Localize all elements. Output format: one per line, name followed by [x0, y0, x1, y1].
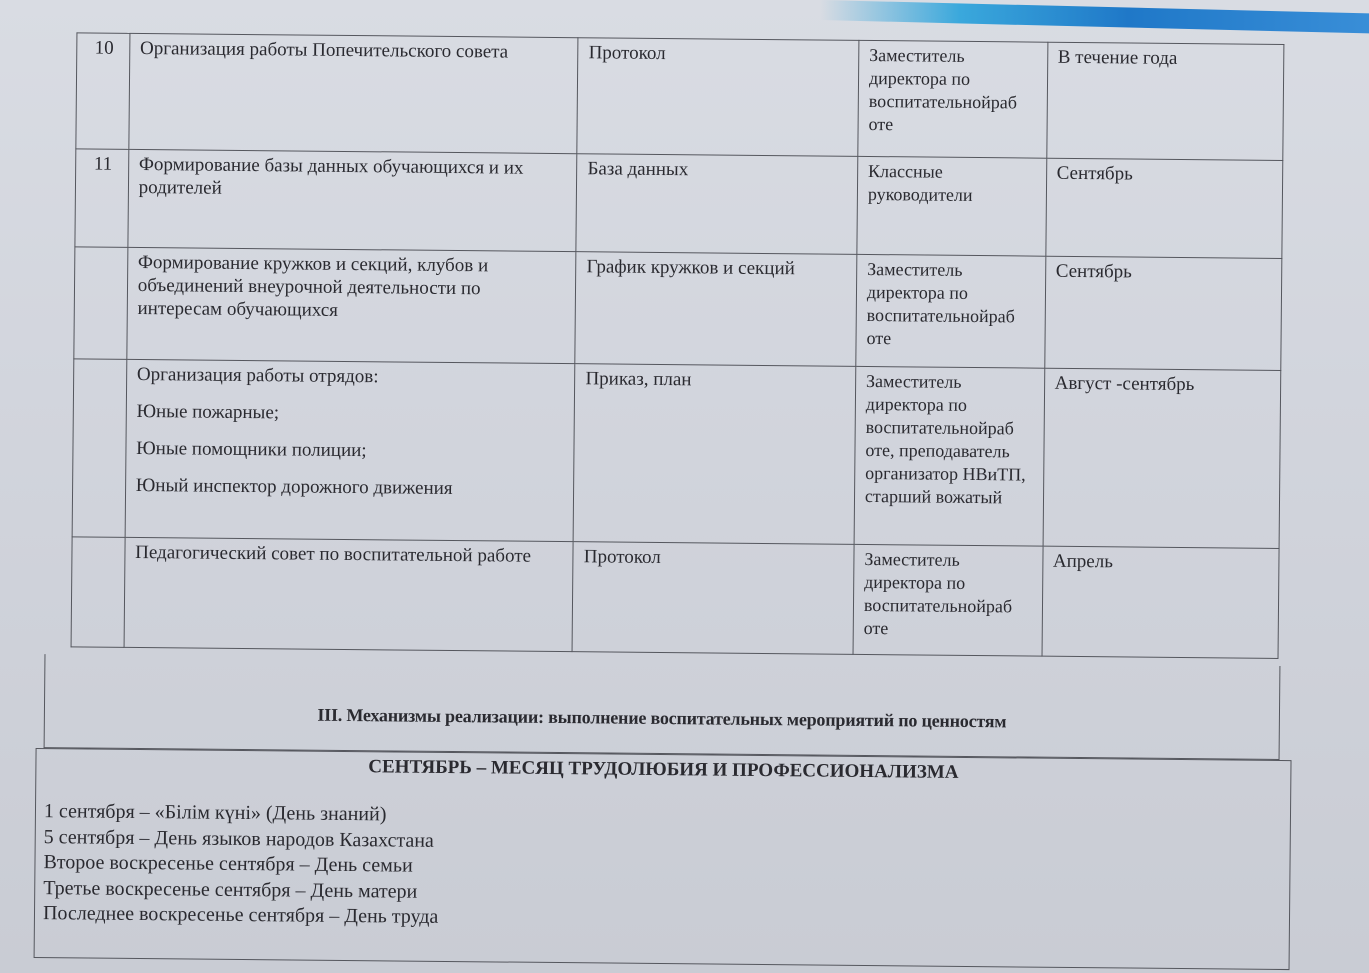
table-row: 10 Организация работы Попечительского со… — [76, 33, 1284, 161]
event-subitem: Юные помощники полиции; — [136, 437, 566, 464]
deadline-cell: В течение года — [1046, 42, 1284, 160]
table-row: 11 Формирование базы данных обучающихся … — [75, 149, 1283, 259]
responsible-cell: Классные руководители — [857, 156, 1047, 256]
table-row: Педагогический совет по воспитательной р… — [71, 537, 1279, 659]
month-title: СЕНТЯБРЬ – МЕСЯЦ ТРУДОЛЮБИЯ И ПРОФЕССИОН… — [36, 753, 1290, 787]
event-cell: Педагогический совет по воспитательной р… — [124, 537, 574, 651]
deadline-cell: Сентябрь — [1045, 158, 1282, 258]
row-number — [72, 359, 126, 537]
responsible-cell: Заместитель директора по воспитательнойр… — [858, 40, 1048, 158]
row-number: 10 — [76, 33, 130, 150]
plan-table: 10 Организация работы Попечительского со… — [71, 32, 1285, 659]
deadline-cell: Апрель — [1042, 546, 1280, 658]
month-block: СЕНТЯБРЬ – МЕСЯЦ ТРУДОЛЮБИЯ И ПРОФЕССИОН… — [34, 748, 1292, 970]
event-cell: Организация работы Попечительского совет… — [129, 33, 579, 153]
section-title: III. Механизмы реализации: выполнение во… — [45, 702, 1279, 735]
event-cell: Организация работы отрядов: Юные пожарны… — [125, 359, 575, 541]
event-subitem: Юный инспектор дорожного движения — [136, 474, 566, 501]
row-number — [74, 247, 128, 360]
table-row: Формирование кружков и секций, клубов и … — [74, 247, 1282, 371]
date-item: Третье воскресенье сентября – День матер… — [43, 876, 439, 905]
document-page: 10 Организация работы Попечительского со… — [0, 0, 1369, 973]
form-cell: Протокол — [572, 542, 854, 655]
responsible-cell: Заместитель директора по воспитательнойр… — [853, 544, 1043, 656]
event-subitem: Юные пожарные; — [136, 400, 566, 427]
form-cell: График кружков и секций — [575, 252, 857, 367]
dates-list: 1 сентября – «Білім күні» (День знаний) … — [43, 799, 440, 930]
date-item: 1 сентября – «Білім күні» (День знаний) — [44, 799, 440, 828]
deadline-cell: Сентябрь — [1044, 256, 1282, 370]
event-cell: Формирование кружков и секций, клубов и … — [127, 247, 577, 363]
row-number: 11 — [75, 149, 129, 248]
row-number — [71, 537, 125, 648]
deadline-cell: Август -сентябрь — [1043, 368, 1281, 548]
date-item: Последнее воскресенье сентября – День тр… — [43, 901, 439, 930]
event-heading: Организация работы отрядов: — [137, 363, 567, 390]
responsible-cell: Заместитель директора по воспитательнойр… — [854, 366, 1044, 546]
responsible-cell: Заместитель директора по воспитательнойр… — [856, 254, 1046, 368]
form-cell: База данных — [576, 154, 858, 255]
event-cell: Формирование базы данных обучающихся и и… — [128, 149, 578, 251]
date-item: Второе воскресенье сентября – День семьи — [43, 850, 439, 879]
form-cell: Протокол — [577, 38, 859, 157]
section-header-box: III. Механизмы реализации: выполнение во… — [44, 654, 1281, 760]
date-item: 5 сентября – День языков народов Казахст… — [44, 825, 440, 854]
form-cell: Приказ, план — [573, 364, 855, 545]
table-row: Организация работы отрядов: Юные пожарны… — [72, 359, 1281, 549]
